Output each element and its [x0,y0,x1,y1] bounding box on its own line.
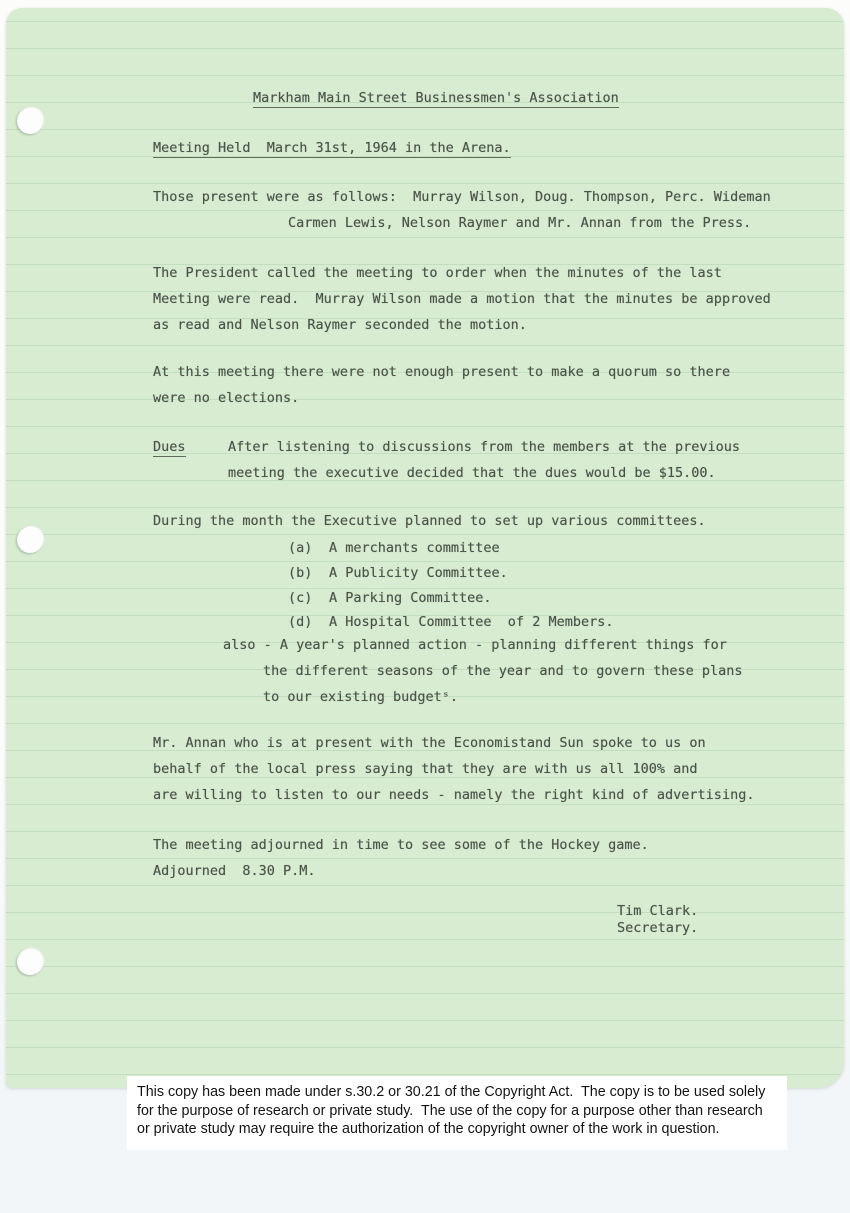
also-line-3: to our existing budgetˢ. [263,684,458,710]
quorum-line-1: At this meeting there were not enough pr… [153,364,730,380]
hole-punch [17,949,43,975]
minutes-line-1: The President called the meeting to orde… [153,265,722,281]
committee-item-b-text: A Publicity Committee. [329,565,508,581]
copyright-notice: This copy has been made under s.30.2 or … [127,1076,787,1150]
dues-label: Dues [153,434,186,460]
copyright-line-1: This copy has been made under s.30.2 or … [137,1084,765,1100]
press-line-2: behalf of the local press saying that th… [153,761,698,777]
closing-paragraph: The meeting adjourned in time to see som… [153,832,649,884]
committee-item-b-label: (b) [288,560,329,586]
dues-label-text: Dues [153,439,186,457]
hole-punch [17,108,43,134]
committee-item-c-label: (c) [288,585,329,611]
meeting-heading: Meeting Held March 31st, 1964 in the Are… [153,135,511,161]
copyright-line-2: for the purpose of research or private s… [137,1103,763,1119]
minutes-paragraph: The President called the meeting to orde… [153,260,771,338]
closing-line-2: Adjourned 8.30 P.M. [153,863,316,879]
signature-block: Tim Clark.Secretary. [617,903,698,937]
press-line-3: are willing to listen to our needs - nam… [153,787,754,803]
signature-role: Secretary. [617,920,698,936]
hole-punch [17,527,43,553]
committee-item-a-text: A merchants committee [329,540,500,556]
dues-line-2: meeting the executive decided that the d… [228,465,716,481]
signature-name: Tim Clark. [617,903,698,919]
meeting-heading-text: Meeting Held March 31st, 1964 in the Are… [153,140,511,158]
quorum-paragraph: At this meeting there were not enough pr… [153,359,730,411]
attendees-line-1: Those present were as follows: Murray Wi… [153,184,771,210]
press-line-1: Mr. Annan who is at present with the Eco… [153,735,706,751]
committee-item-b: (b)A Publicity Committee. [288,560,508,586]
committees-intro: During the month the Executive planned t… [153,508,706,534]
minutes-line-2: Meeting were read. Murray Wilson made a … [153,291,771,307]
committee-item-a-label: (a) [288,535,329,561]
document-title: Markham Main Street Businessmen's Associ… [253,85,619,111]
dues-paragraph: After listening to discussions from the … [228,434,740,486]
dues-line-1: After listening to discussions from the … [228,439,740,455]
scanned-page: Markham Main Street Businessmen's Associ… [0,0,850,1213]
press-paragraph: Mr. Annan who is at present with the Eco… [153,730,754,808]
committee-item-c: (c)A Parking Committee. [288,585,492,611]
document-title-text: Markham Main Street Businessmen's Associ… [253,90,619,108]
committee-item-a: (a)A merchants committee [288,535,500,561]
also-line-2: the different seasons of the year and to… [263,658,743,684]
also-line-1: also - A year's planned action - plannin… [223,632,727,658]
closing-line-1: The meeting adjourned in time to see som… [153,837,649,853]
copyright-line-3: or private study may require the authori… [137,1121,720,1137]
committee-item-d-text: A Hospital Committee of 2 Members. [329,614,613,630]
committee-item-c-text: A Parking Committee. [329,590,492,606]
quorum-line-2: were no elections. [153,390,299,406]
attendees-line-2: Carmen Lewis, Nelson Raymer and Mr. Anna… [288,210,751,236]
minutes-line-3: as read and Nelson Raymer seconded the m… [153,317,527,333]
